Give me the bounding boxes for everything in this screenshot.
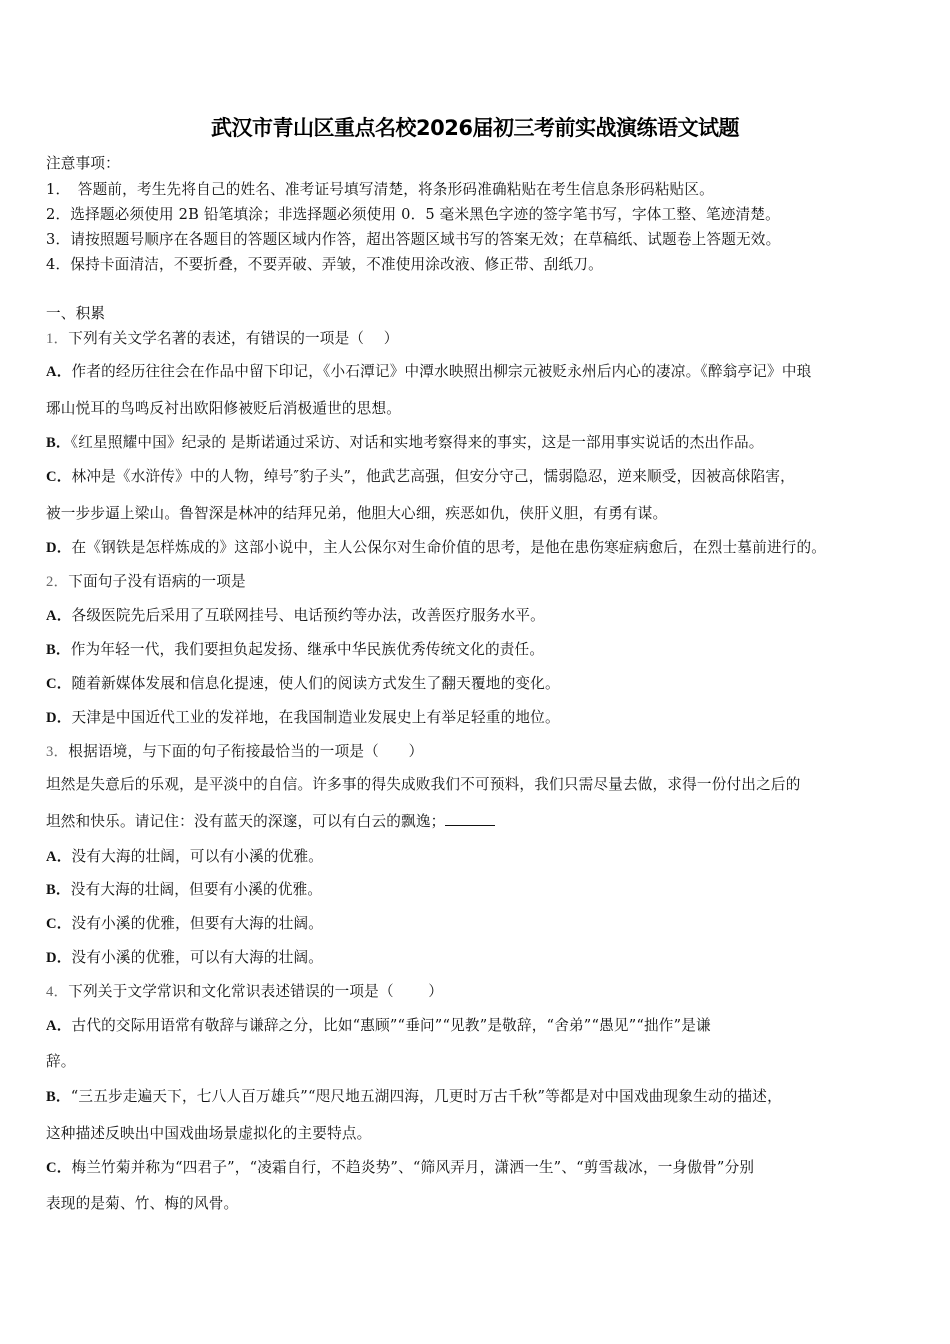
question-2-stem: 2．下面句子没有语病的一项是 bbox=[46, 570, 246, 591]
q4-option-a-cont: 辞。 bbox=[46, 1050, 76, 1071]
option-text: 作者的经历往往会在作品中留下印记，《小石潭记》中潭水映照出柳宗元被贬永州后内心的… bbox=[72, 363, 812, 380]
option-text: 林冲是《水浒传》中的人物，绰号″豹子头”，他武艺高强，但安分守己，懦弱隐忍，逆来… bbox=[72, 468, 795, 485]
option-letter: D． bbox=[46, 950, 72, 966]
notice-item-3: 3．请按照题号顺序在各题目的答题区域内作答，超出答题区域书写的答案无效；在草稿纸… bbox=[46, 228, 780, 249]
q1-option-b: B．《红星照耀中国》纪录的 是斯诺通过采访、对话和实地考察得来的事实，这是一部用… bbox=[46, 431, 764, 452]
question-1-stem: 1．下列有关文学名著的表述，有错误的一项是（ ） bbox=[46, 327, 399, 348]
option-letter: A． bbox=[46, 364, 72, 380]
q2-option-b: B．作为年轻一代，我们要担负起发扬、继承中华民族优秀传统文化的责任。 bbox=[46, 638, 544, 659]
q1-option-c-cont: 被一步步逼上梁山。鲁智深是林冲的结拜兄弟，他胆大心细，疾恶如仇，侠肝义胆，有勇有… bbox=[46, 502, 667, 523]
question-text: 下面句子没有语病的一项是 bbox=[68, 573, 246, 590]
question-3-stem: 3．根据语境，与下面的句子衔接最恰当的一项是（ ） bbox=[46, 740, 423, 761]
notice-item-4: 4．保持卡面清洁，不要折叠，不要弄破、弄皱，不准使用涂改液、修正带、刮纸刀。 bbox=[46, 253, 603, 274]
exam-page: 武汉市青山区重点名校2026届初三考前实战演练语文试题 注意事项： 1． 答题前… bbox=[0, 0, 950, 1344]
option-text: 没有大海的壮阔，可以有小溪的优雅。 bbox=[72, 848, 324, 865]
q4-option-b-cont: 这种描述反映出中国戏曲场景虚拟化的主要特点。 bbox=[46, 1122, 371, 1143]
option-text: “三五步走遍天下，七八人百万雄兵”“咫尺地五湖四海，几更时万古千秋”等都是对中国… bbox=[71, 1088, 782, 1105]
q3-option-b: B．没有大海的壮阔，但要有小溪的优雅。 bbox=[46, 878, 322, 899]
option-letter: B． bbox=[46, 1089, 71, 1105]
q2-option-a: A．各级医院先后采用了互联网挂号、电话预约等办法，改善医疗服务水平。 bbox=[46, 604, 545, 625]
q3-option-c: C．没有小溪的优雅，但要有大海的壮阔。 bbox=[46, 912, 323, 933]
option-text: 随着新媒体发展和信息化提速，使人们的阅读方式发生了翻天覆地的变化。 bbox=[72, 675, 560, 692]
q4-option-a: A．古代的交际用语常有敬辞与谦辞之分，比如“惠顾”“垂问”“见教”是敬辞，“舍弟… bbox=[46, 1014, 711, 1035]
question-number: 1． bbox=[46, 331, 68, 347]
question-number: 4． bbox=[46, 984, 68, 1000]
q2-option-d: D．天津是中国近代工业的发祥地，在我国制造业发展史上有举足轻重的地位。 bbox=[46, 706, 560, 727]
q1-option-a: A．作者的经历往往会在作品中留下印记，《小石潭记》中潭水映照出柳宗元被贬永州后内… bbox=[46, 360, 811, 381]
option-letter: B． bbox=[46, 642, 71, 658]
option-letter: C． bbox=[46, 676, 72, 692]
option-letter: A． bbox=[46, 608, 72, 624]
option-text: 梅兰竹菊并称为“四君子”，“凌霜自行，不趋炎势”、“筛风弄月，潇洒一生”、“剪雪… bbox=[72, 1159, 755, 1176]
option-letter: A． bbox=[46, 849, 72, 865]
q1-option-c: C．林冲是《水浒传》中的人物，绰号″豹子头”，他武艺高强，但安分守己，懦弱隐忍，… bbox=[46, 465, 795, 486]
option-letter: B． bbox=[46, 882, 71, 898]
option-text: 没有大海的壮阔，但要有小溪的优雅。 bbox=[71, 881, 323, 898]
option-text: 没有小溪的优雅，但要有大海的壮阔。 bbox=[72, 915, 324, 932]
option-text: 作为年轻一代，我们要担负起发扬、继承中华民族优秀传统文化的责任。 bbox=[71, 641, 544, 658]
notice-item-2: 2．选择题必须使用 2B 铅笔填涂；非选择题必须使用 0．5 毫米黑色字迹的签字… bbox=[46, 203, 780, 224]
option-letter: D． bbox=[46, 710, 72, 726]
question-text: 下列关于文学常识和文化常识表述错误的一项是（ ） bbox=[68, 983, 443, 1000]
option-text: 在《钢铁是怎样炼成的》这部小说中，主人公保尔对生命价值的思考，是他在患伤寒症病愈… bbox=[72, 539, 827, 556]
option-text: 天津是中国近代工业的发祥地，在我国制造业发展史上有举足轻重的地位。 bbox=[72, 709, 560, 726]
option-text: 各级医院先后采用了互联网挂号、电话预约等办法，改善医疗服务水平。 bbox=[72, 607, 545, 624]
option-letter: C． bbox=[46, 1160, 72, 1176]
q3-passage-line-2: 坦然和快乐。请记住：没有蓝天的深邃，可以有白云的飘逸； bbox=[46, 810, 495, 831]
q4-option-c: C．梅兰竹菊并称为“四君子”，“凌霜自行，不趋炎势”、“筛风弄月，潇洒一生”、“… bbox=[46, 1156, 754, 1177]
option-letter: C． bbox=[46, 916, 72, 932]
q1-option-a-cont: 琊山悦耳的鸟鸣反衬出欧阳修被贬后消极遁世的思想。 bbox=[46, 397, 401, 418]
question-text: 下列有关文学名著的表述，有错误的一项是（ ） bbox=[68, 330, 398, 347]
q3-passage-line-1: 坦然是失意后的乐观，是平淡中的自信。许多事的得失成败我们不可预料，我们只需尽量去… bbox=[46, 773, 801, 794]
question-number: 3． bbox=[46, 744, 68, 760]
q1-option-d: D．在《钢铁是怎样炼成的》这部小说中，主人公保尔对生命价值的思考，是他在患伤寒症… bbox=[46, 536, 826, 557]
option-letter: B． bbox=[46, 435, 71, 451]
question-number: 2． bbox=[46, 574, 68, 590]
option-text: 古代的交际用语常有敬辞与谦辞之分，比如“惠顾”“垂问”“见教”是敬辞，“舍弟”“… bbox=[72, 1017, 711, 1034]
q3-option-d: D．没有小溪的优雅，可以有大海的壮阔。 bbox=[46, 946, 323, 967]
q3-option-a: A．没有大海的壮阔，可以有小溪的优雅。 bbox=[46, 845, 323, 866]
question-text: 根据语境，与下面的句子衔接最恰当的一项是（ ） bbox=[68, 743, 423, 760]
document-title: 武汉市青山区重点名校2026届初三考前实战演练语文试题 bbox=[0, 112, 950, 142]
question-4-stem: 4．下列关于文学常识和文化常识表述错误的一项是（ ） bbox=[46, 980, 443, 1001]
passage-text: 坦然和快乐。请记住：没有蓝天的深邃，可以有白云的飘逸； bbox=[46, 813, 445, 830]
q4-option-c-cont: 表现的是菊、竹、梅的风骨。 bbox=[46, 1192, 238, 1213]
option-letter: C． bbox=[46, 469, 72, 485]
option-letter: D． bbox=[46, 540, 72, 556]
q4-option-b: B．“三五步走遍天下，七八人百万雄兵”“咫尺地五湖四海，几更时万古千秋”等都是对… bbox=[46, 1085, 782, 1106]
section-heading: 一、积累 bbox=[46, 302, 105, 323]
q2-option-c: C．随着新媒体发展和信息化提速，使人们的阅读方式发生了翻天覆地的变化。 bbox=[46, 672, 560, 693]
option-text: 没有小溪的优雅，可以有大海的壮阔。 bbox=[72, 949, 324, 966]
answer-blank bbox=[445, 813, 495, 826]
option-letter: A． bbox=[46, 1018, 72, 1034]
notice-heading: 注意事项： bbox=[46, 152, 120, 173]
notice-item-1: 1． 答题前，考生先将自己的姓名、准考证号填写清楚，将条形码准确粘贴在考生信息条… bbox=[46, 178, 714, 199]
option-text: 《红星照耀中国》纪录的 是斯诺通过采访、对话和实地考察得来的事实，这是一部用事实… bbox=[71, 434, 764, 451]
